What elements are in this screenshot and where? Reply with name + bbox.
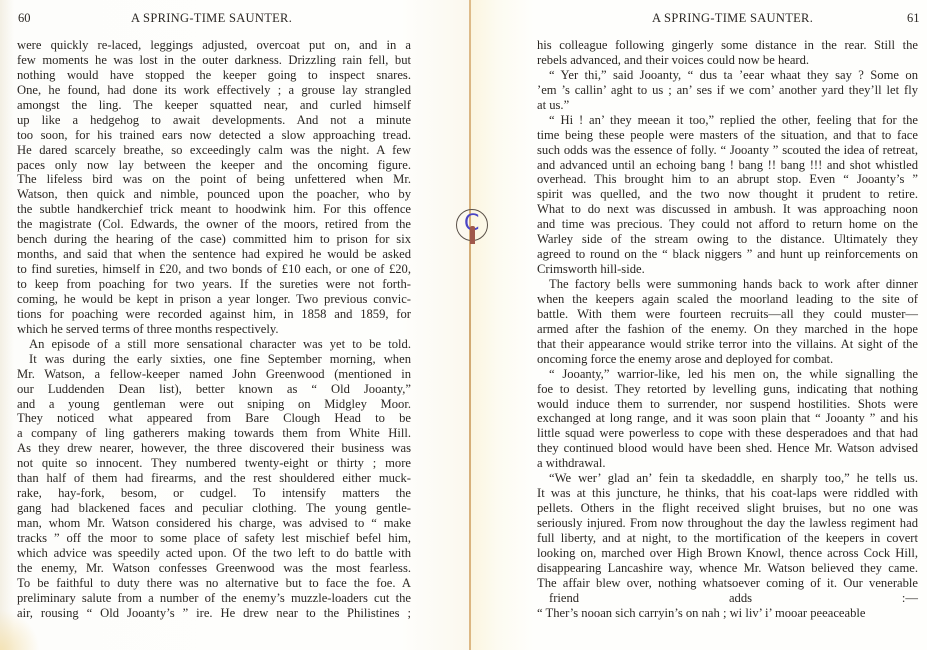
right-page-body: his colleague following gingerly some di… bbox=[537, 38, 918, 621]
text-line: One, he found, had done its work effecti… bbox=[17, 83, 411, 98]
text-line: that their appearance would strike terro… bbox=[537, 337, 918, 352]
text-line: disappearing Lancashire way, whence Mr. … bbox=[537, 561, 918, 576]
text-line: they continued blood would have been she… bbox=[537, 441, 918, 456]
running-head-left: A SPRING-TIME SAUNTER. bbox=[131, 11, 292, 26]
text-line: a withdrawal. bbox=[537, 456, 918, 471]
text-line: preliminary salute from a number of the … bbox=[17, 591, 411, 606]
text-line: such odds was the essence of folly. “ Jo… bbox=[537, 143, 918, 158]
text-line: few moments he was lost in the outer dar… bbox=[17, 53, 411, 68]
text-line: As they drew nearer, however, the three … bbox=[17, 441, 411, 456]
text-line: and a young gentleman were out sniping o… bbox=[17, 397, 411, 412]
text-line: rebels advanced, and their voices could … bbox=[537, 53, 918, 68]
text-line: Mr. Watson, a fellow-keeper named John G… bbox=[17, 367, 411, 382]
text-line: which advice was speedily acted upon. Of… bbox=[17, 546, 411, 561]
text-line: tracks ” off the moor to some place of s… bbox=[17, 531, 411, 546]
text-line: seriously injured. From now throughout t… bbox=[537, 516, 918, 531]
text-line: at us.” bbox=[537, 98, 918, 113]
book-spine-gutter bbox=[469, 0, 471, 650]
running-head-right: A SPRING-TIME SAUNTER. bbox=[652, 11, 813, 26]
text-line: the subtle handkerchief trick meant to h… bbox=[17, 202, 411, 217]
text-line: battle. With them were fourteen recruits… bbox=[537, 307, 918, 322]
text-line: which he served terms of three months re… bbox=[17, 322, 411, 337]
text-line: Warley side of the stream owing to the d… bbox=[537, 232, 918, 247]
text-line: nothing would have stopped the keeper go… bbox=[17, 68, 411, 83]
text-line: to keep from poaching for two years. If … bbox=[17, 277, 411, 292]
text-line: coming, he would be kept in prison a yea… bbox=[17, 292, 411, 307]
text-line: were quickly re-laced, leggings adjusted… bbox=[17, 38, 411, 53]
text-line: ’em ’s callin’ aght to us ; an’ ses if w… bbox=[537, 83, 918, 98]
text-line: bench during the hearing of the case) co… bbox=[17, 232, 411, 247]
text-line: He dared scarcely breathe, so exceedingl… bbox=[17, 143, 411, 158]
book-spread: 60 A SPRING-TIME SAUNTER. were quickly r… bbox=[0, 0, 927, 650]
text-line: oncoming force the enemy arose and deplo… bbox=[537, 352, 918, 367]
text-line: little squad were powerless to cope with… bbox=[537, 426, 918, 441]
text-line: and time was precious. They could not af… bbox=[537, 217, 918, 232]
text-line: “ Yer thi,” said Jooanty, “ dus ta ’eear… bbox=[537, 68, 918, 83]
text-line: spirit was quelled, and the two now thou… bbox=[537, 187, 918, 202]
watermark-figure bbox=[470, 226, 475, 244]
text-line: pellets. Others in the flight received s… bbox=[537, 501, 918, 516]
text-line: “ Hi ! an’ they meean it too,” replied t… bbox=[537, 113, 918, 128]
left-page-body: were quickly re-laced, leggings adjusted… bbox=[17, 38, 411, 621]
text-line: not quite so innocent. They numbered twe… bbox=[17, 456, 411, 471]
text-line: What to do next was discussed in ambush.… bbox=[537, 202, 918, 217]
text-line: and advanced until an echoing bang ! ban… bbox=[537, 158, 918, 173]
text-line: exchanged at long range, and it was soon… bbox=[537, 411, 918, 426]
text-line: months, and said that when the sentence … bbox=[17, 247, 411, 262]
text-line: full liberty, and at night, to the morti… bbox=[537, 531, 918, 546]
page-number-right: 61 bbox=[907, 11, 920, 26]
text-line: foe to desist. They retorted by levellin… bbox=[537, 382, 918, 397]
text-line: tions for poaching were recorded against… bbox=[17, 307, 411, 322]
copyright-watermark-icon: C bbox=[456, 209, 488, 241]
text-line: “ Ther’s nooan sich carryin’s on nah ; w… bbox=[537, 606, 918, 621]
text-line: gang had blackened faces and peculiar cl… bbox=[17, 501, 411, 516]
page-number-left: 60 bbox=[18, 11, 31, 26]
text-line: up like a hedgehog to await developments… bbox=[17, 113, 411, 128]
text-line: They noticed what appeared from Bare Clo… bbox=[17, 411, 411, 426]
page-edge-shadow bbox=[0, 0, 14, 650]
text-line: man, whom Mr. Watson considered his char… bbox=[17, 516, 411, 531]
text-line: our Luddenden Dean list), better known a… bbox=[17, 382, 411, 397]
text-line: The affair blew over, nothing whatsoever… bbox=[537, 576, 918, 591]
text-line: time being these people were masters of … bbox=[537, 128, 918, 143]
text-line: rake, hay-fork, besom, or cudgel. To int… bbox=[17, 486, 411, 501]
text-line: too soon, for his trained ears now detec… bbox=[17, 128, 411, 143]
text-line: overhead. This brought him to an abrupt … bbox=[537, 172, 918, 187]
text-line: would induce them to surrender, nor susp… bbox=[537, 397, 918, 412]
text-line: than half of them had firearms, and the … bbox=[17, 471, 411, 486]
text-line: Crimsworth hill-side. bbox=[537, 262, 918, 277]
text-line: It was at this juncture, he thinks, that… bbox=[537, 486, 918, 501]
text-line: “ Jooanty,” warrior-like, led his men on… bbox=[537, 367, 918, 382]
text-line: amongst the ling. The keeper squatted ne… bbox=[17, 98, 411, 113]
text-line: The lifeless bird was on the point of be… bbox=[17, 172, 411, 187]
text-line: It was during the early sixties, one fin… bbox=[17, 352, 411, 367]
text-line: agreed to round on the “ black niggers ”… bbox=[537, 247, 918, 262]
left-page: 60 A SPRING-TIME SAUNTER. were quickly r… bbox=[0, 0, 470, 650]
text-line: air, rousing “ Old Jooanty’s ” ire. He d… bbox=[17, 606, 411, 621]
text-line: the enemy, Mr. Watson confesses Greenwoo… bbox=[17, 561, 411, 576]
text-line: An episode of a still more sensational c… bbox=[17, 337, 411, 352]
text-line: friend adds :— bbox=[537, 591, 918, 606]
text-line: when the keepers again scaled the moorla… bbox=[537, 292, 918, 307]
text-line: “We wer’ glad an’ fein ta skedaddle, en … bbox=[537, 471, 918, 486]
text-line: a company of ling gatherers making towar… bbox=[17, 426, 411, 441]
text-line: the magistrate (Col. Edwards, the owner … bbox=[17, 217, 411, 232]
text-line: To be faithful to duty there was no alte… bbox=[17, 576, 411, 591]
text-line: to find sureties, himself in £20, and tw… bbox=[17, 262, 411, 277]
text-line: The factory bells were summoning hands b… bbox=[537, 277, 918, 292]
text-line: his colleague following gingerly some di… bbox=[537, 38, 918, 53]
text-line: looking on, marched over High Brown Know… bbox=[537, 546, 918, 561]
text-line: armed after the fashion of the enemy. On… bbox=[537, 322, 918, 337]
text-line: Watson, then quick and nimble, pounced u… bbox=[17, 187, 411, 202]
text-line: paces only now lay between the keeper an… bbox=[17, 158, 411, 173]
